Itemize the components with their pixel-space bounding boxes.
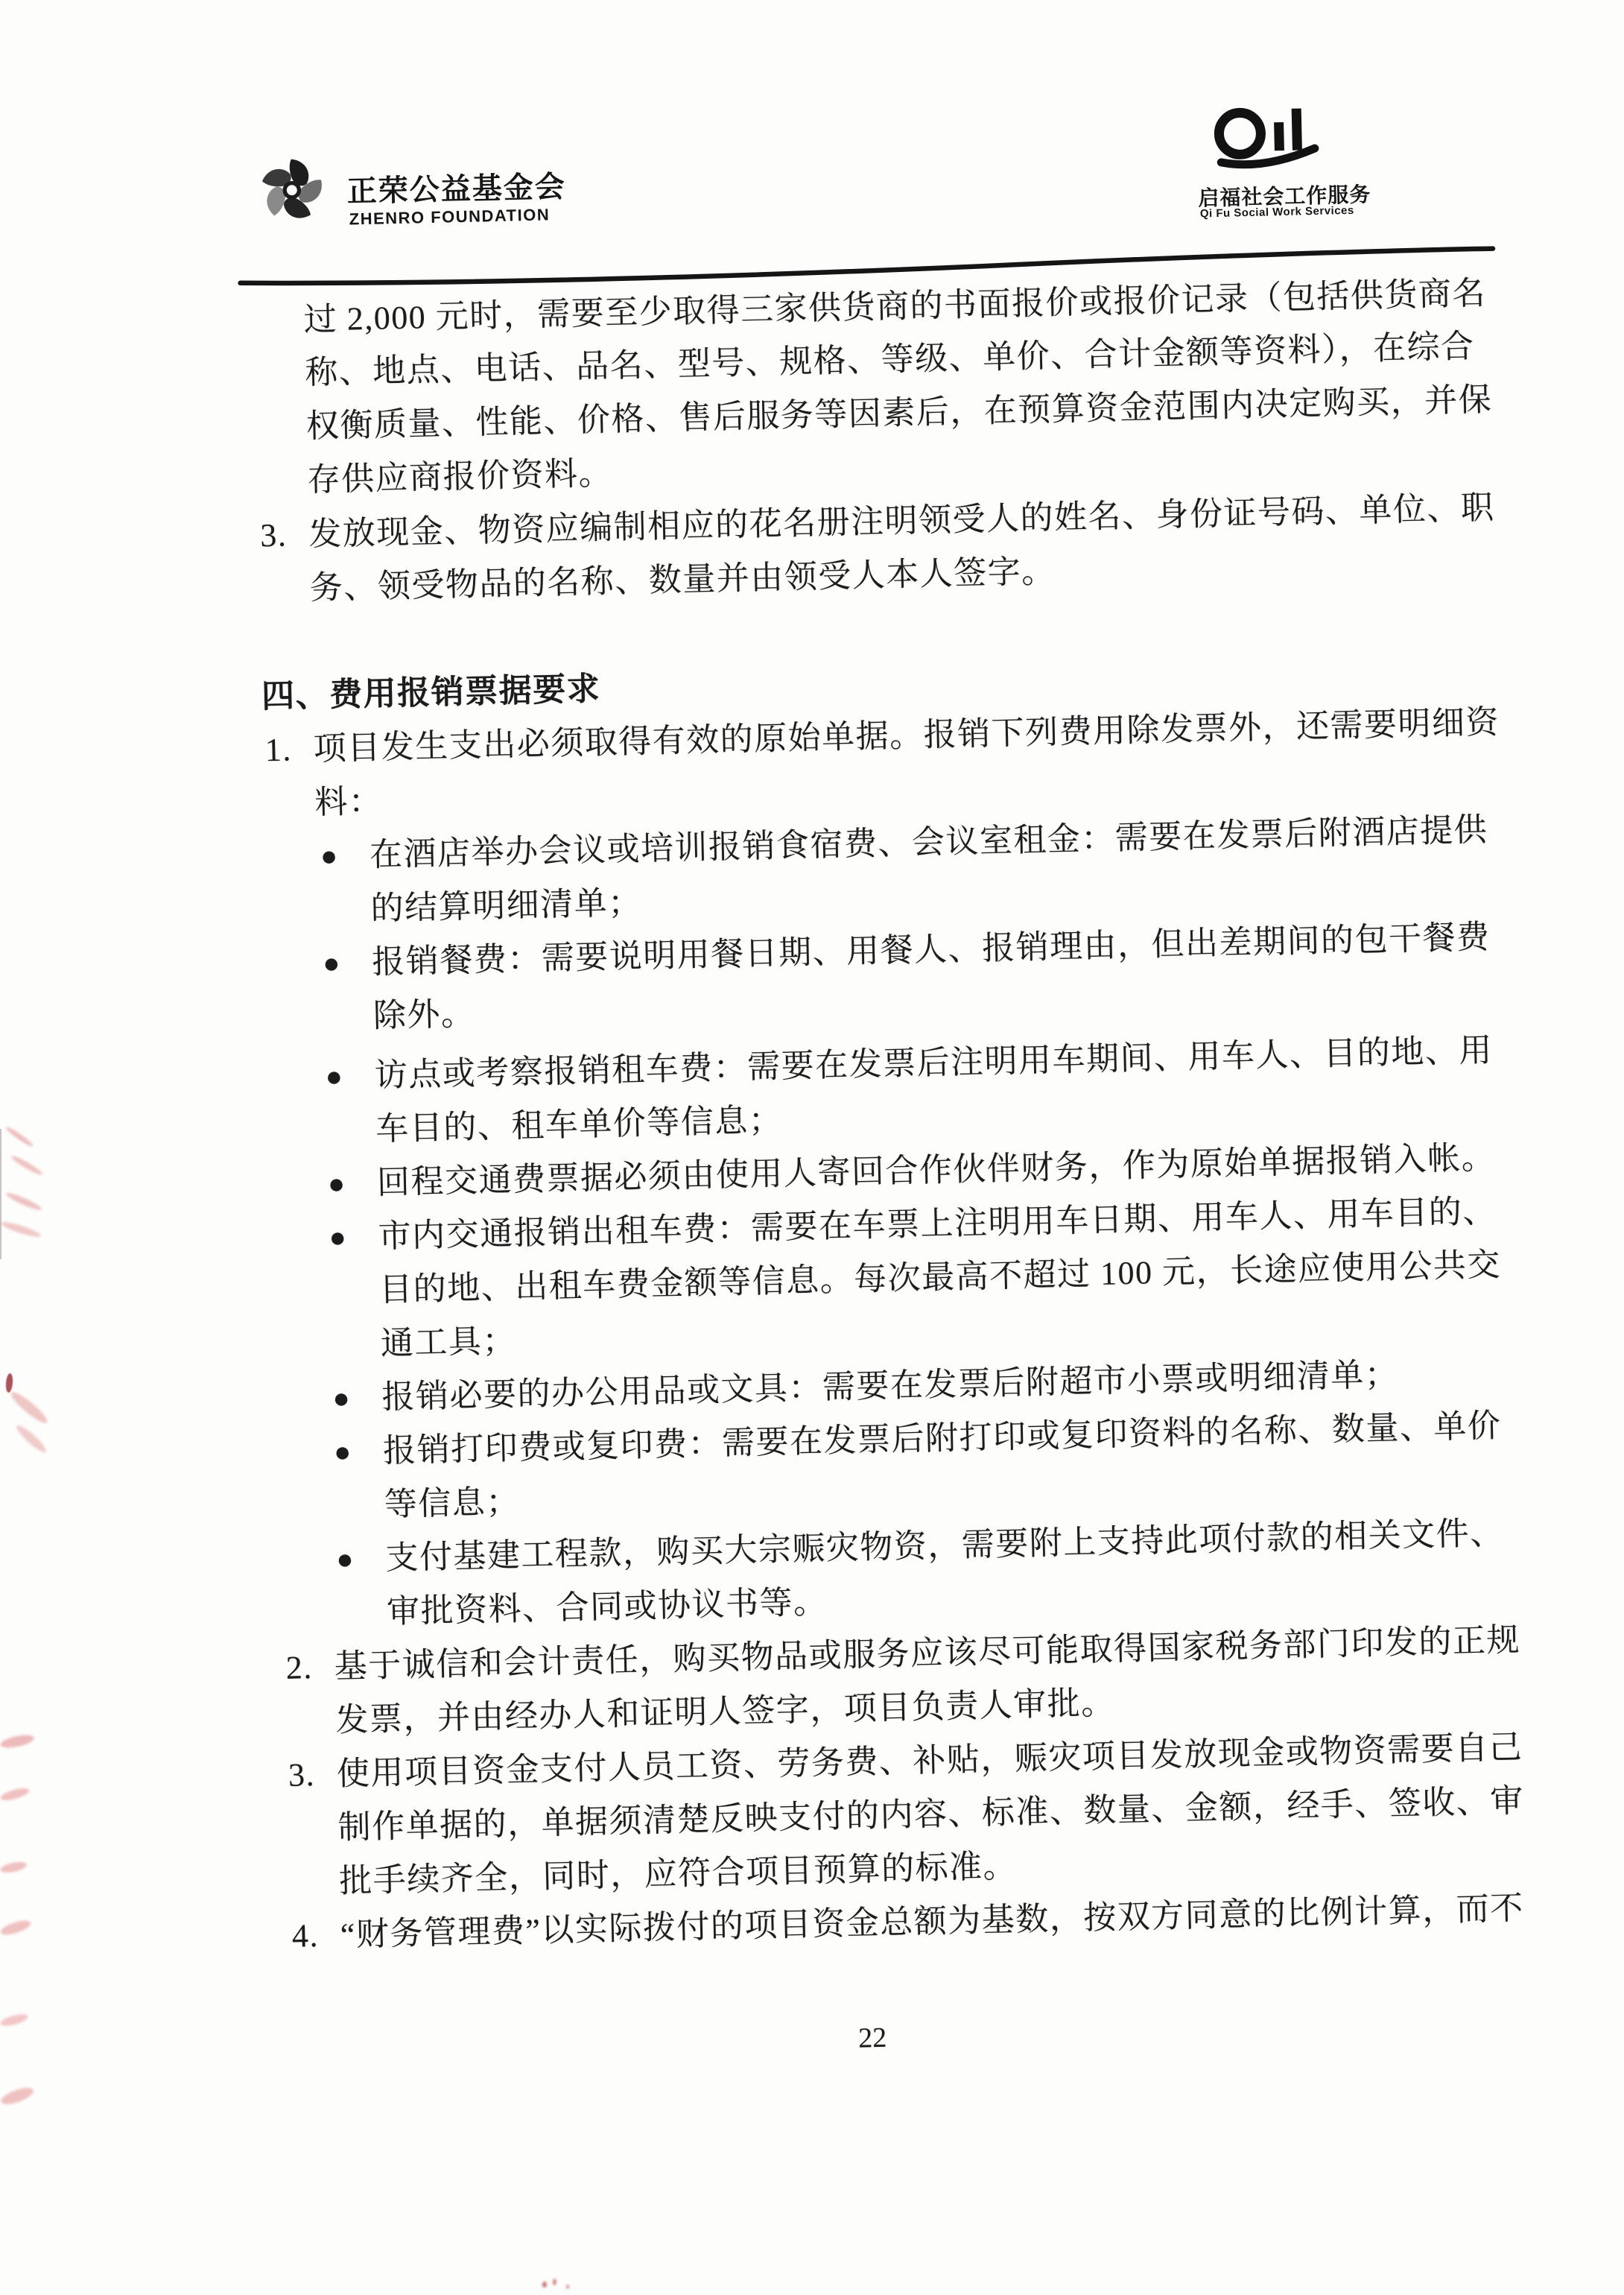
para-line: 存供应商报价资料。 bbox=[307, 447, 613, 507]
bullet-icon: ● bbox=[323, 937, 342, 991]
scan-artifact bbox=[4, 1191, 42, 1212]
bullet-icon: ● bbox=[320, 829, 339, 884]
document-page: 正荣公益基金会 ZHENRO FOUNDATION 启福社会工作服务 Qi Fu… bbox=[0, 0, 1624, 2295]
scan-artifact bbox=[10, 1154, 44, 1177]
zhenro-logo-cn: 正荣公益基金会 bbox=[346, 163, 566, 211]
scan-artifact bbox=[4, 1125, 34, 1148]
scan-artifact bbox=[0, 1918, 32, 1937]
zhenro-logo-en: ZHENRO FOUNDATION bbox=[349, 205, 550, 229]
list-number: 3. bbox=[260, 508, 288, 563]
bullet-line: 在酒店举办会议或培训报销食宿费、会议室租金：需要在发票后附酒店提供 bbox=[369, 803, 1488, 882]
qifu-logo-en: Qi Fu Social Work Services bbox=[1200, 204, 1354, 221]
list-number: 3. bbox=[288, 1748, 316, 1802]
zhenro-foundation-logo: 正荣公益基金会 ZHENRO FOUNDATION bbox=[256, 144, 645, 250]
bullet-icon: ● bbox=[329, 1211, 348, 1265]
bullet-icon: ● bbox=[333, 1425, 352, 1480]
qifu-logo: 启福社会工作服务 Qi Fu Social Work Services bbox=[1196, 98, 1437, 222]
qifu-mark-icon bbox=[1209, 101, 1330, 178]
bullet-line: 访点或考察报销租车费：需要在发票后注明用车期间、用车人、目的地、用 bbox=[374, 1024, 1494, 1103]
scan-artifact bbox=[0, 1220, 42, 1240]
list-number: 1. bbox=[264, 723, 293, 777]
scan-artifact bbox=[8, 1389, 50, 1427]
scan-artifact bbox=[0, 2085, 35, 2108]
scan-artifact bbox=[0, 1786, 31, 1803]
bullet-icon: ● bbox=[332, 1372, 352, 1426]
scan-artifact bbox=[0, 1860, 28, 1874]
scan-artifact bbox=[0, 1732, 35, 1750]
scan-artifact bbox=[14, 1422, 49, 1455]
page-content: 正荣公益基金会 ZHENRO FOUNDATION 启福社会工作服务 Qi Fu… bbox=[231, 0, 1541, 2294]
bullet-line: 的结算明细清单； bbox=[370, 876, 643, 936]
bullet-line: 审批资料、合同或协议书等。 bbox=[386, 1575, 828, 1639]
scan-artifact bbox=[0, 2012, 29, 2027]
zhenro-swirl-icon bbox=[256, 152, 329, 228]
scan-artifact bbox=[566, 2285, 569, 2289]
bullet-icon: ● bbox=[327, 1157, 346, 1212]
bullet-icon: ● bbox=[336, 1533, 355, 1587]
section-heading: 四、费用报销票据要求 bbox=[261, 662, 601, 724]
list-number: 2. bbox=[285, 1641, 314, 1695]
bullet-line: 支付基建工程款，购买大宗赈灾物资，需要附上支持此项付款的相关文件、 bbox=[385, 1507, 1505, 1586]
scan-artifact bbox=[553, 2279, 556, 2285]
bullet-line: 通工具； bbox=[380, 1314, 517, 1371]
bullet-line: 等信息； bbox=[384, 1475, 521, 1532]
scan-artifact bbox=[5, 1373, 13, 1393]
list-item-line: 料： bbox=[314, 775, 384, 830]
list-number: 4. bbox=[291, 1909, 320, 1963]
bullet-line: 除外。 bbox=[372, 987, 475, 1043]
scan-edge-line bbox=[0, 1129, 1, 1259]
scan-artifact bbox=[542, 2282, 547, 2288]
bullet-icon: ● bbox=[325, 1050, 344, 1104]
page-number: 22 bbox=[857, 2011, 887, 2065]
bullet-line: 车目的、租车单价等信息； bbox=[375, 1094, 783, 1156]
